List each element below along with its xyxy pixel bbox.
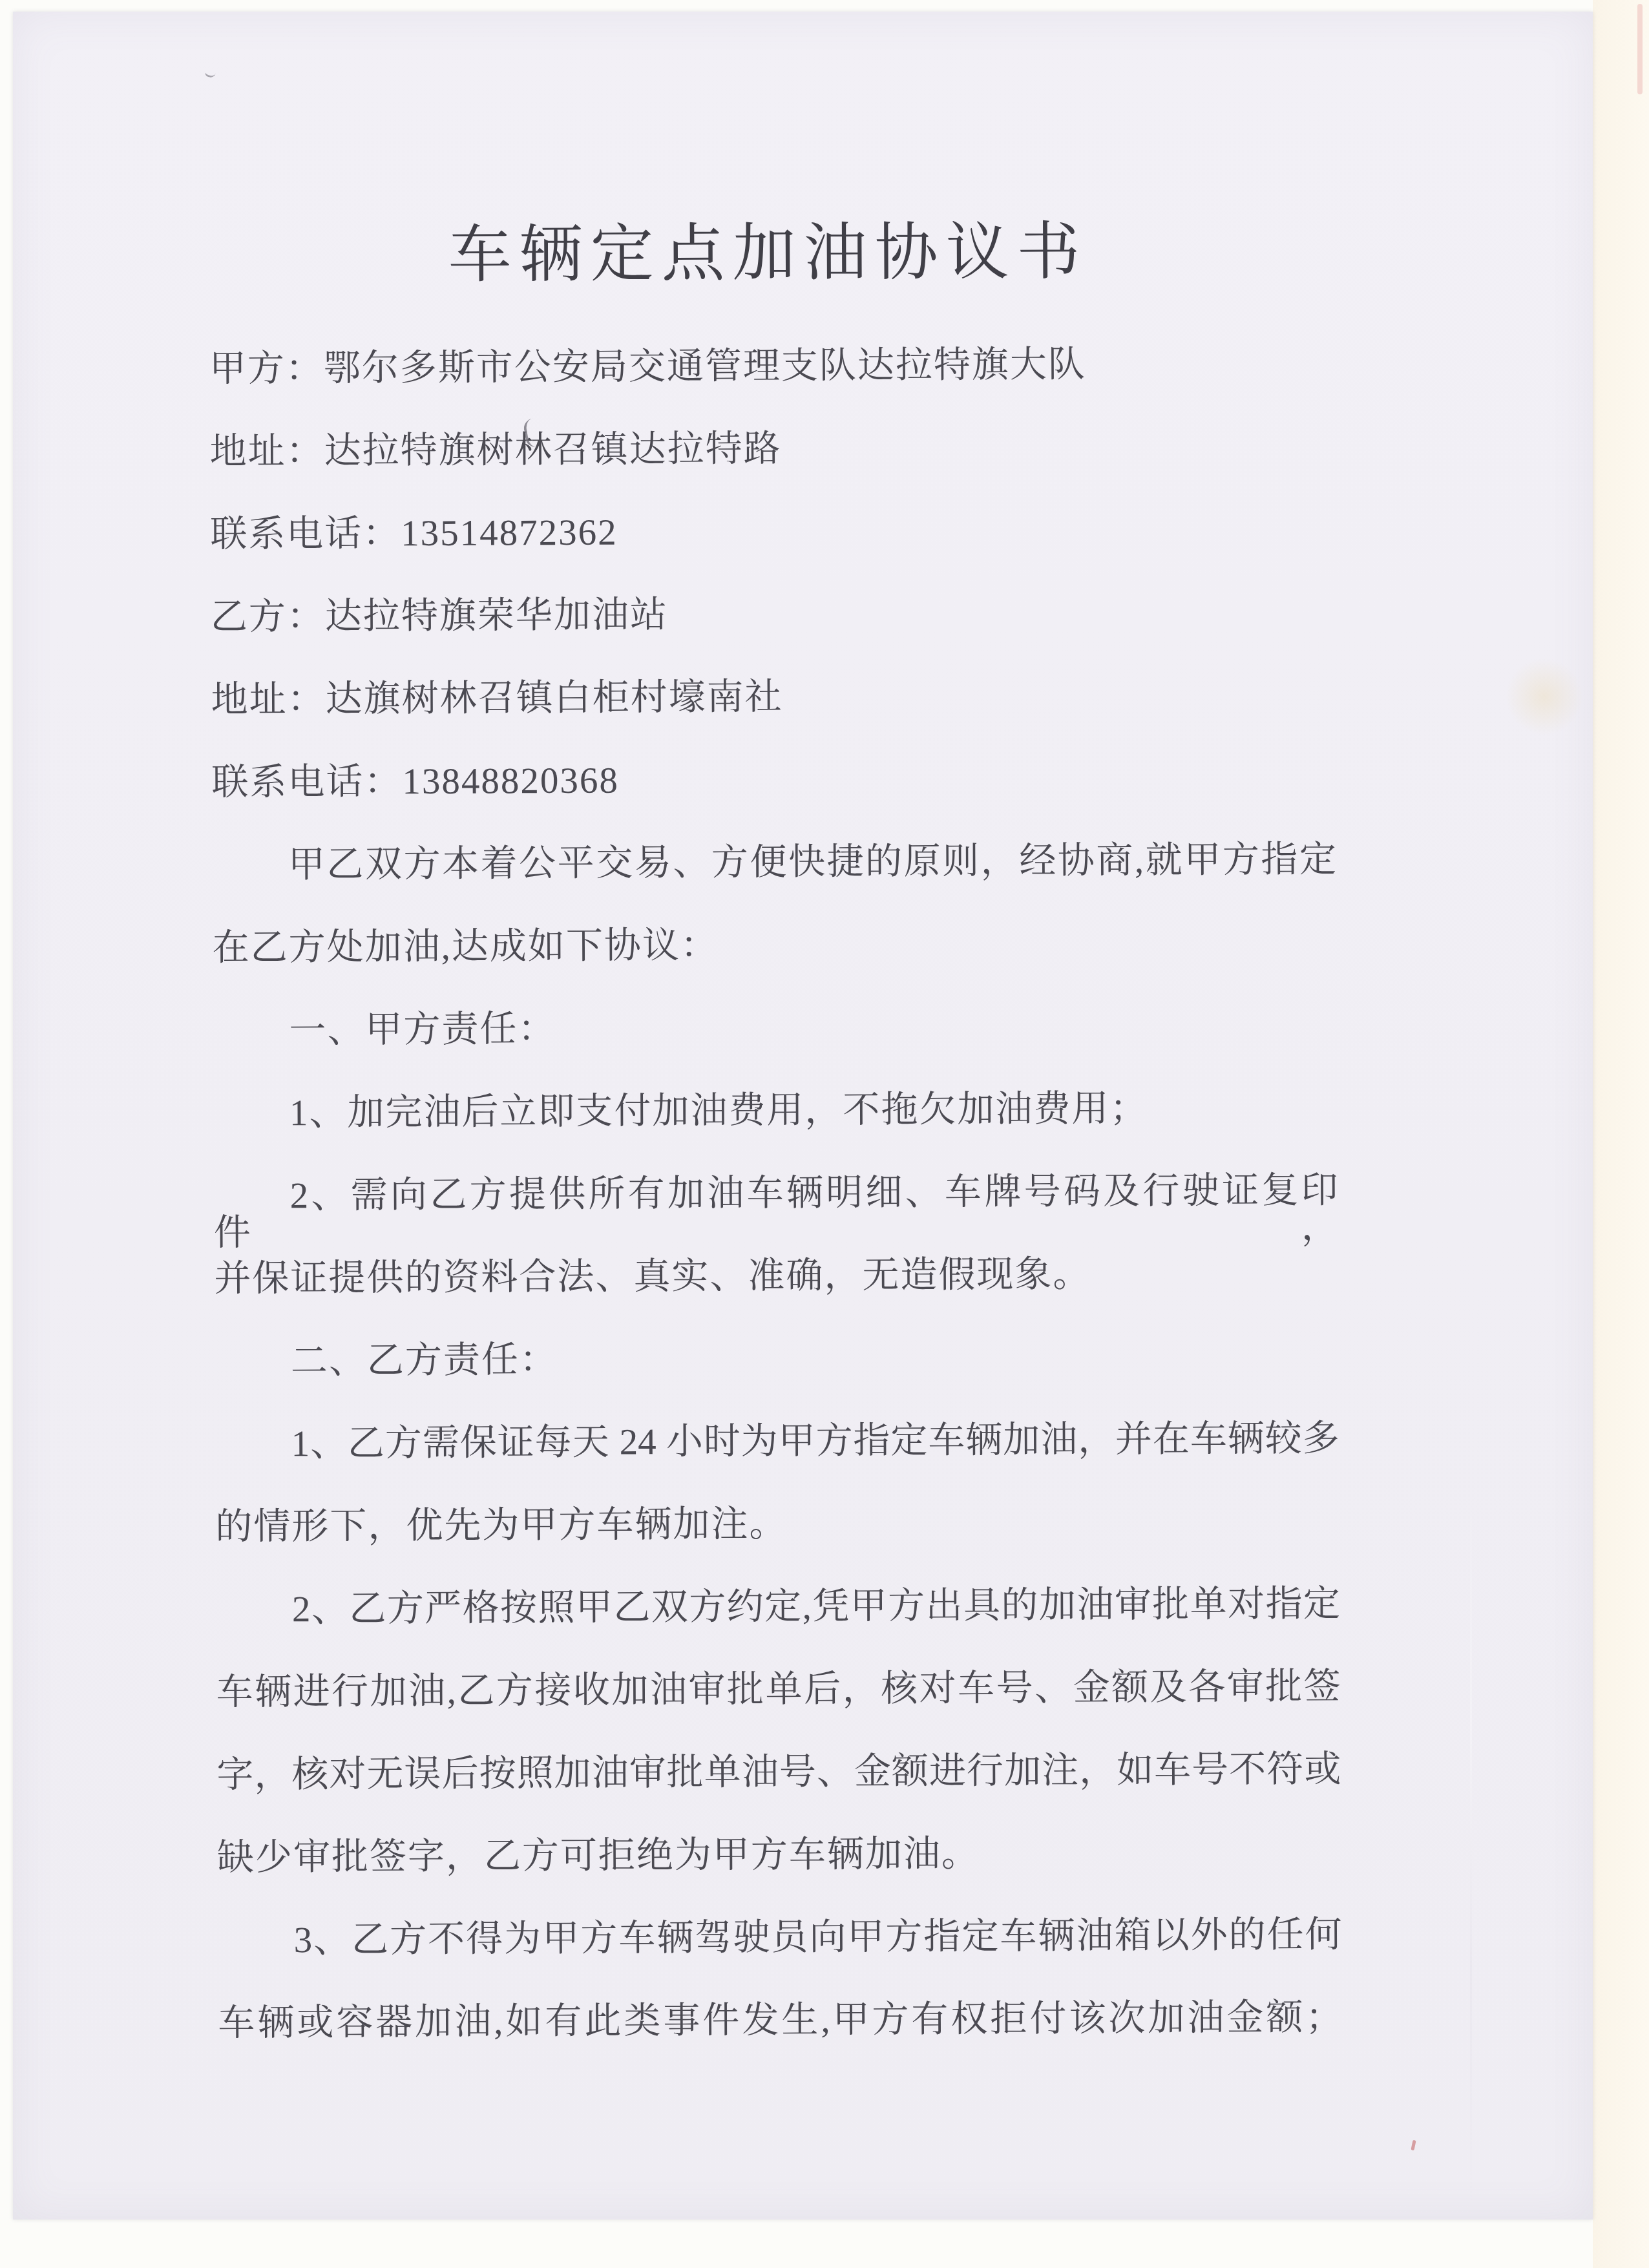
contract-line-s2-item-2d: 缺少审批签字，乙方可拒绝为甲方车辆加油。	[217, 1834, 1341, 1876]
contract-line-party-b: 乙方：达拉特旗荣华加油站	[211, 593, 1335, 636]
contract-line-preamble-2: 在乙方处加油,达成如下协议：	[212, 924, 1336, 967]
contract-line-s2-item-2c: 字，核对无误后按照加油审批单油号、金额进行加注，如车号不符或	[216, 1751, 1341, 1794]
contract-line-s2-item-2a: 2、乙方严格按照甲乙双方约定,凭甲方出具的加油审批单对指定	[216, 1586, 1340, 1628]
scanner-background-strip	[1593, 0, 1649, 2268]
contract-line-section-1: 一、甲方责任：	[213, 1007, 1337, 1049]
paper-crease	[1470, 1485, 1472, 2215]
contract-line-preamble-1: 甲乙双方本着公平交易、方便快捷的原则，经协商,就甲方指定	[212, 841, 1336, 884]
contract-line-s2-item-3a: 3、乙方不得为甲方车辆驾驶员向甲方指定车辆油箱以外的任何	[218, 1916, 1342, 1959]
contract-line-address-a: 地址：达拉特旗树林召镇达拉特路	[209, 428, 1334, 470]
contract-line-phone-a: 联系电话：13514872362	[210, 510, 1334, 553]
contract-line-phone-b: 联系电话：13848820368	[211, 759, 1336, 801]
contract-body: 甲方：鄂尔多斯市公安局交通管理支队达拉特旗大队 地址：达拉特旗树林召镇达拉特路 …	[209, 345, 1343, 2088]
scan-edge-artifact	[1637, 4, 1643, 94]
contract-line-s2-item-3b: 车辆或容器加油,如有此类事件发生,甲方有权拒付该次加油金额；	[218, 1999, 1342, 2042]
contract-line-address-b: 地址：达旗树林召镇白柜村壕南社	[211, 676, 1335, 719]
paper-page: 车辆定点加油协议书 甲方：鄂尔多斯市公安局交通管理支队达拉特旗大队 地址：达拉特…	[13, 12, 1593, 2220]
page-content: 车辆定点加油协议书 甲方：鄂尔多斯市公安局交通管理支队达拉特旗大队 地址：达拉特…	[7, 8, 1599, 2224]
contract-line-party-a: 甲方：鄂尔多斯市公安局交通管理支队达拉特旗大队	[209, 345, 1334, 388]
contract-line-s1-item-2b: 并保证提供的资料合法、真实、准确，无造假现象。	[214, 1255, 1338, 1297]
document-title: 车辆定点加油协议书	[0, 198, 1558, 298]
contract-line-s2-item-1b: 的情形下，优先为甲方车辆加注。	[215, 1503, 1339, 1546]
paper-stain	[1506, 658, 1583, 735]
contract-line-s1-item-1: 1、加完油后立即支付加油费用，不拖欠加油费用；	[213, 1089, 1338, 1132]
contract-line-s2-item-1a: 1、乙方需保证每天 24 小时为甲方指定车辆加油，并在车辆较多	[215, 1420, 1339, 1463]
contract-line-s2-item-2b: 车辆进行加油,乙方接收加油审批单后，核对车号、金额及各审批签	[216, 1668, 1341, 1711]
contract-line-section-2: 二、乙方责任：	[215, 1338, 1339, 1380]
contract-line-s1-item-2a: 2、需向乙方提供所有加油车辆明细、车牌号码及行驶证复印件，	[213, 1172, 1338, 1215]
